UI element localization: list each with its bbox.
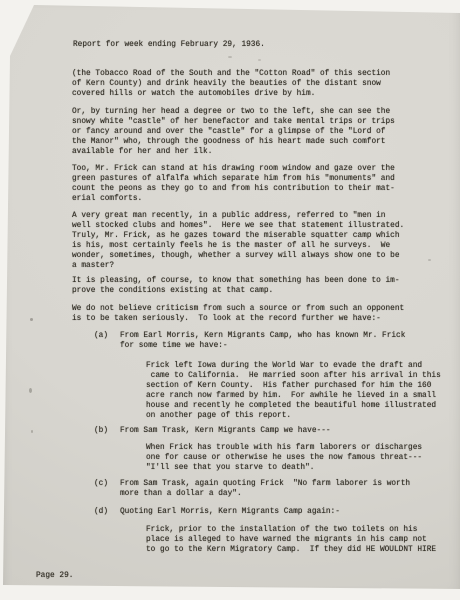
list-item-marker: (d) [94, 507, 108, 517]
paragraph: (the Tobacco Road of the South and the "… [72, 69, 390, 99]
list-item-body: When Frick has trouble with his farm lab… [146, 443, 422, 473]
list-item-text: Quoting Earl Morris, Kern Migrants Camp … [120, 507, 340, 517]
list-item-text: From Sam Trask, Kern Migrants Camp we ha… [120, 426, 331, 436]
list-item-text: From Sam Trask, again quoting Frick "No … [120, 479, 410, 499]
paragraph: Or, by turning her head a degree or two … [72, 107, 395, 157]
paragraph: A very great man recently, in a public a… [72, 211, 404, 271]
scan-speck [30, 318, 33, 321]
page-number: Page 29. [36, 571, 73, 581]
scan-speck [428, 259, 431, 261]
list-item-body: Frick left Iowa during the World War to … [146, 361, 441, 421]
list-item-marker: (c) [94, 479, 108, 489]
scan-speck [31, 430, 33, 433]
paragraph: We do not believe criticism from such a … [72, 304, 404, 324]
list-item-text: From Earl Morris, Kern Migrants Camp, wh… [120, 331, 405, 351]
paragraph: It is pleasing, of course, to know that … [72, 276, 400, 296]
scan-speck [228, 56, 232, 58]
scanned-document: Report for week ending February 29, 1936… [0, 0, 460, 600]
scan-speck [258, 59, 261, 61]
list-item-marker: (a) [94, 331, 108, 341]
list-item-body: Frick, prior to the installation of the … [146, 525, 436, 555]
list-item-marker: (b) [94, 426, 108, 436]
report-title: Report for week ending February 29, 1936… [73, 40, 265, 50]
scan-speck [29, 388, 32, 393]
paragraph: Too, Mr. Frick can stand at his drawing … [72, 164, 395, 204]
paper-sheet: Report for week ending February 29, 1936… [0, 0, 460, 600]
